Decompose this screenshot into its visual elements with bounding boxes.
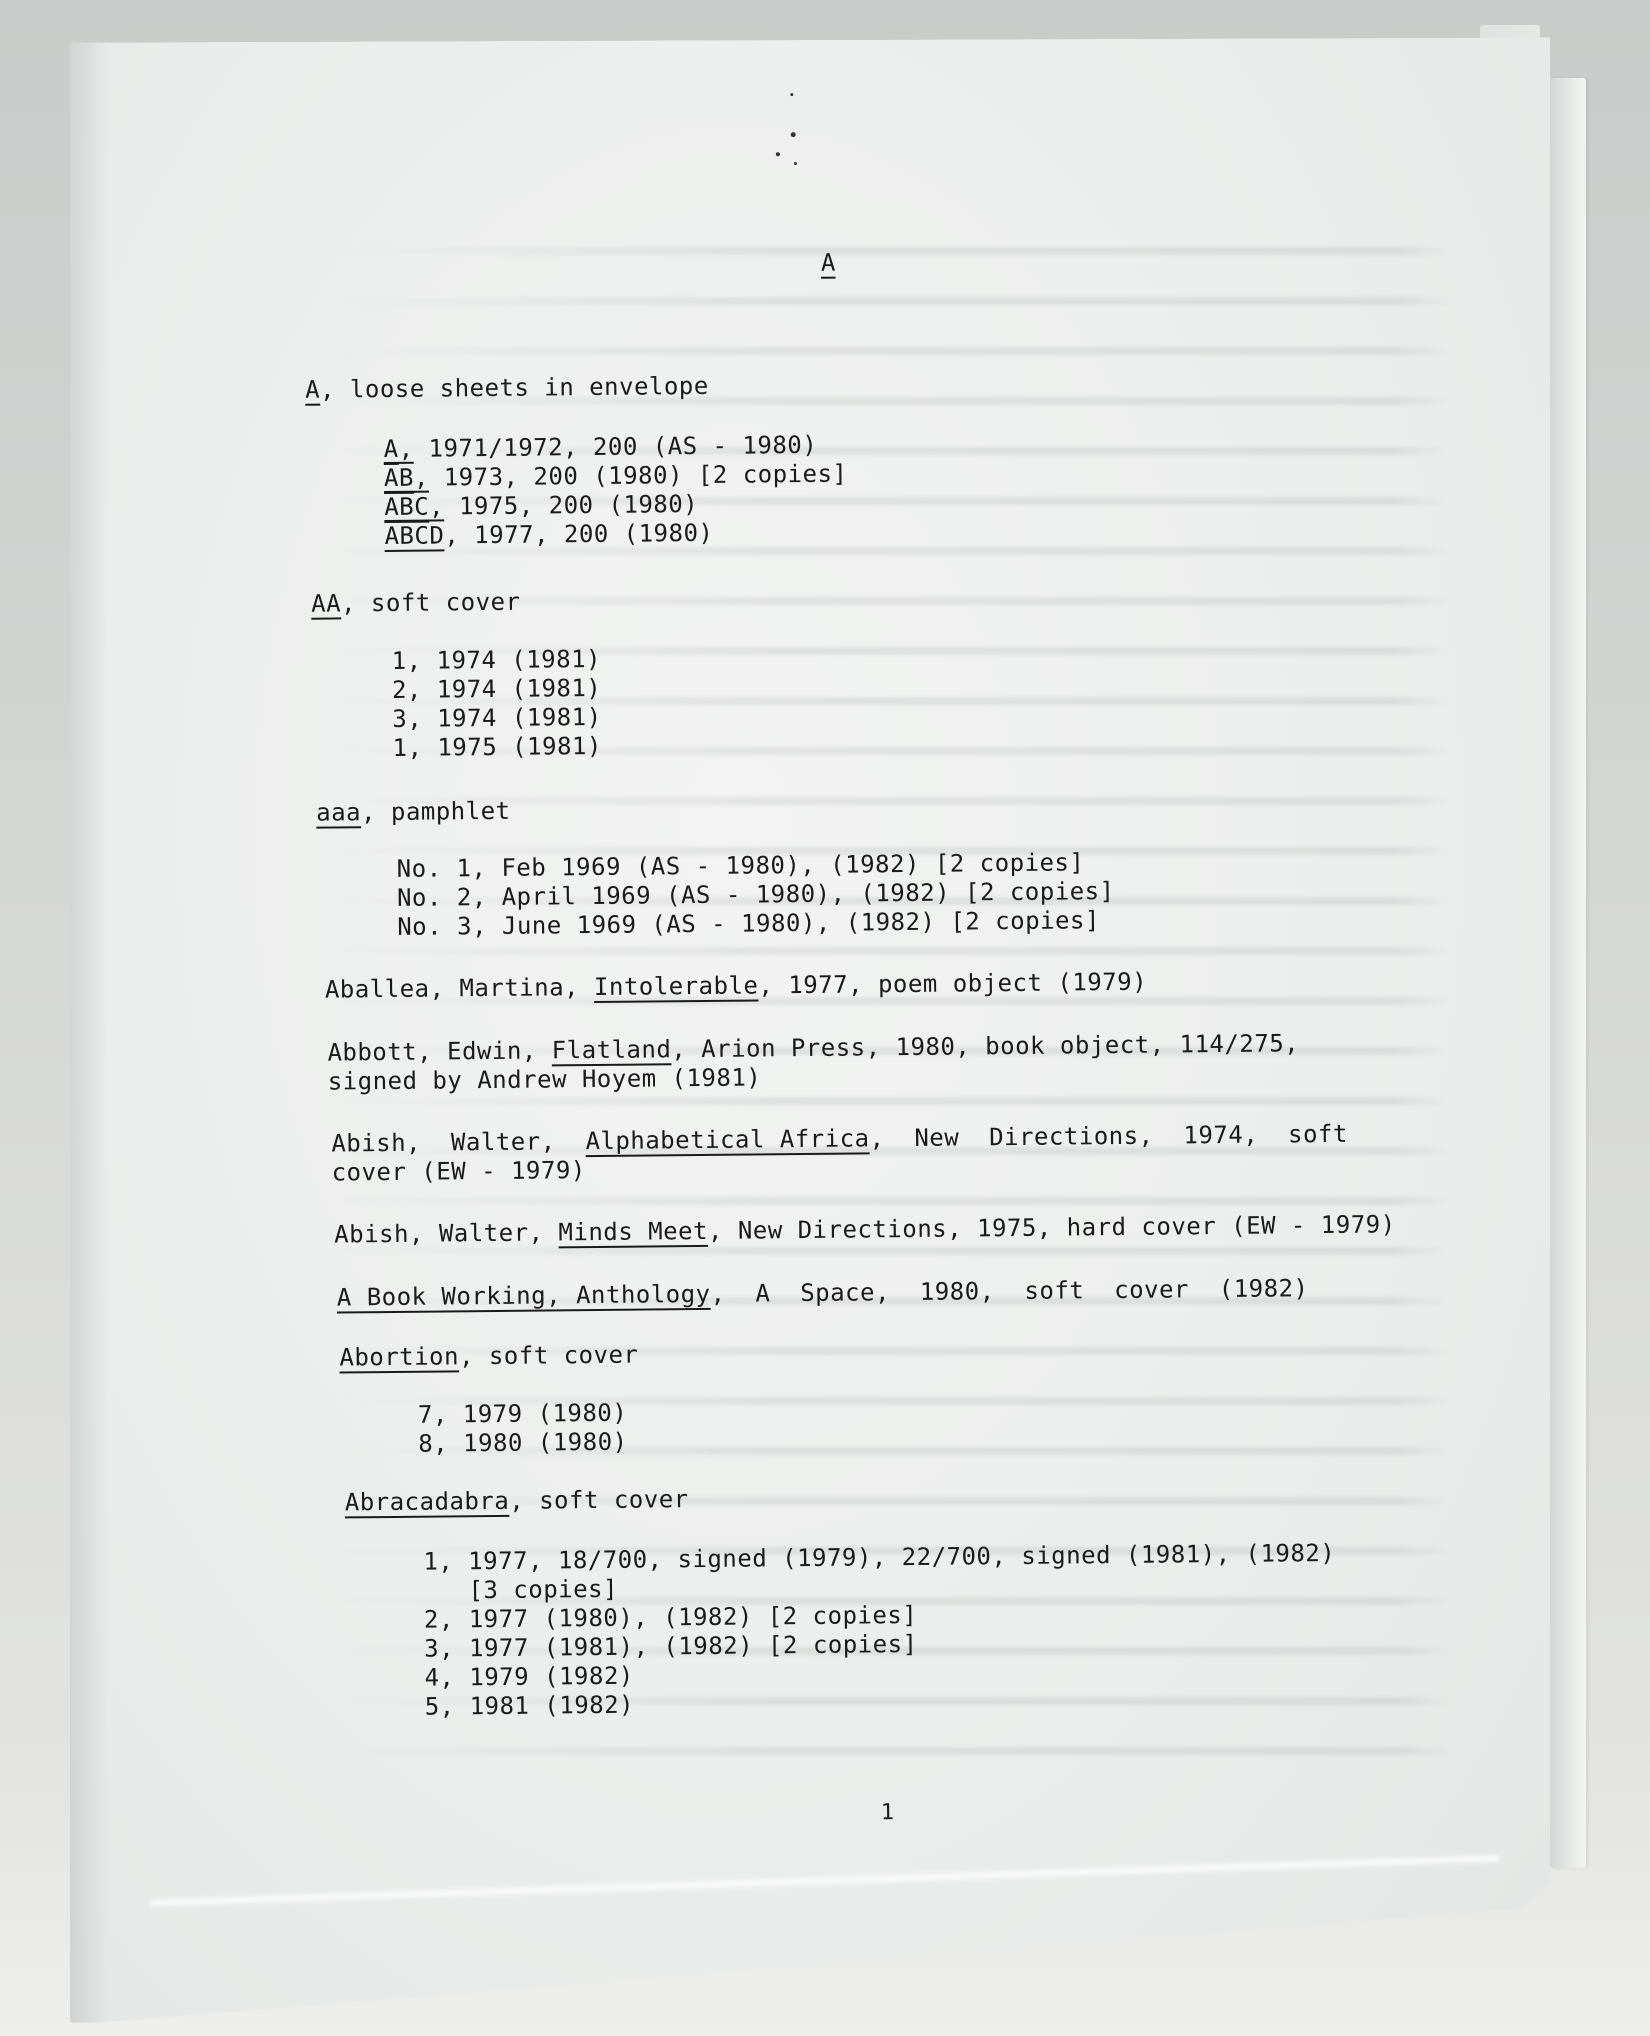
entry-title: A bbox=[305, 376, 320, 404]
list-item: 2, 1977 (1980), (1982) [2 copies] bbox=[424, 1601, 918, 1634]
list-item: 1, 1975 (1981) bbox=[392, 732, 602, 762]
page-number: 1 bbox=[881, 1800, 894, 1825]
list-item: ABCD, 1977, 200 (1980) bbox=[384, 519, 713, 550]
entry-title: AB bbox=[384, 464, 414, 492]
entry-title: Intolerable bbox=[594, 971, 759, 1001]
entry-line-continued: cover (EW - 1979) bbox=[332, 1156, 586, 1186]
entry-heading: Abracadabra, soft cover bbox=[345, 1485, 689, 1516]
section-letter-heading: A bbox=[821, 249, 836, 277]
entry-title: Alphabetical Africa bbox=[585, 1124, 869, 1155]
list-item: 7, 1979 (1980) bbox=[418, 1399, 628, 1429]
entry-title: Flatland bbox=[552, 1035, 672, 1064]
entry-title: aaa bbox=[316, 798, 361, 826]
list-item: 2, 1974 (1981) bbox=[392, 674, 602, 704]
list-item: A, 1971/1972, 200 (AS - 1980) bbox=[384, 431, 818, 463]
entry-title: Abortion bbox=[339, 1342, 459, 1371]
list-item: 3, 1977 (1981), (1982) [2 copies] bbox=[424, 1630, 918, 1663]
entry-line-continued: signed by Andrew Hoyem (1981) bbox=[328, 1063, 762, 1095]
entry-line: Abish, Walter, Minds Meet, New Direction… bbox=[334, 1210, 1396, 1248]
entry-heading: Abortion, soft cover bbox=[339, 1341, 638, 1372]
list-item: ABC, 1975, 200 (1980) bbox=[384, 490, 698, 521]
entry-heading: A, loose sheets in envelope bbox=[305, 372, 709, 404]
list-item: AB, 1973, 200 (1980) [2 copies] bbox=[384, 460, 848, 492]
entry-line: Abbott, Edwin, Flatland, Arion Press, 19… bbox=[327, 1029, 1299, 1066]
list-item: 4, 1979 (1982) bbox=[424, 1662, 634, 1692]
stray-marks bbox=[0, 0, 1640, 7]
entry-title: Abracadabra bbox=[345, 1487, 510, 1517]
list-item: 5, 1981 (1982) bbox=[425, 1691, 635, 1721]
typed-page-content: A A, loose sheets in envelope A, 1971/19… bbox=[0, 0, 1650, 2036]
entry-title: ABCD bbox=[384, 521, 444, 550]
entry-line: Abish, Walter, Alphabetical Africa, New … bbox=[331, 1120, 1348, 1158]
list-item: 8, 1980 (1980) bbox=[418, 1428, 628, 1458]
entry-title: AA bbox=[311, 589, 341, 617]
entry-title: A bbox=[384, 435, 399, 463]
entry-line: Aballea, Martina, Intolerable, 1977, poe… bbox=[325, 968, 1147, 1004]
list-item: 1, 1977, 18/700, signed (1979), 22/700, … bbox=[423, 1539, 1335, 1576]
list-item: 1, 1974 (1981) bbox=[392, 645, 602, 675]
list-item: [3 copies] bbox=[424, 1575, 619, 1605]
entry-title: A Book Working, Anthology bbox=[337, 1280, 711, 1312]
entry-line: A Book Working, Anthology, A Space, 1980… bbox=[337, 1274, 1309, 1311]
entry-title: Minds Meet bbox=[558, 1217, 708, 1246]
list-item: 3, 1974 (1981) bbox=[392, 703, 602, 733]
entry-heading: aaa, pamphlet bbox=[316, 797, 511, 827]
list-item: No. 3, June 1969 (AS - 1980), (1982) [2 … bbox=[397, 906, 1100, 941]
entry-heading: AA, soft cover bbox=[311, 588, 521, 618]
entry-title: ABC bbox=[384, 493, 429, 521]
